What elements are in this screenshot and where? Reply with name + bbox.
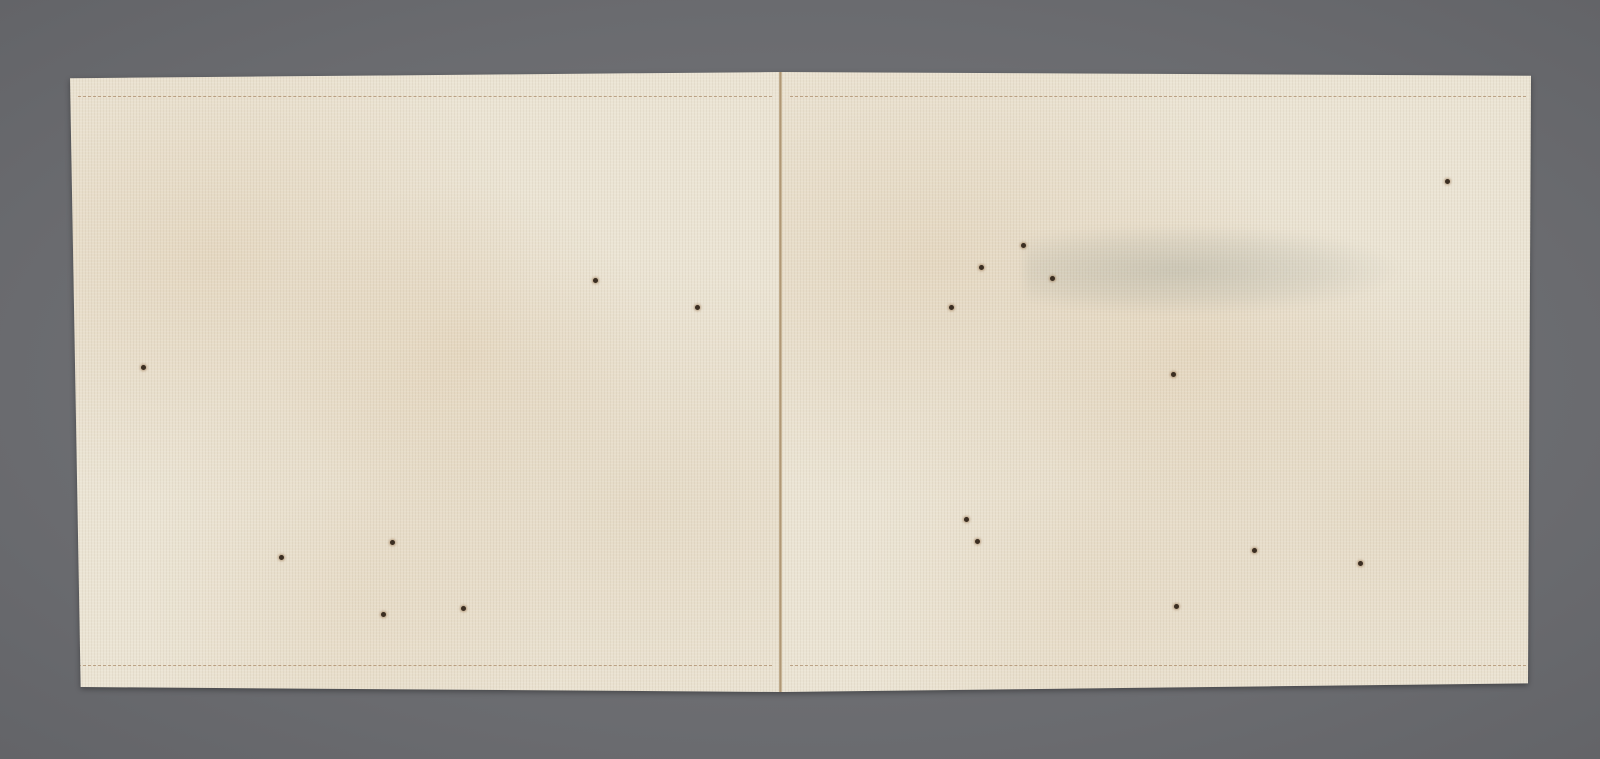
pinhole xyxy=(964,517,969,522)
linen-armband xyxy=(70,72,1534,692)
pinhole xyxy=(1171,372,1176,377)
armband-left-panel xyxy=(70,72,780,692)
pinhole xyxy=(979,265,984,270)
top-hem-stitching xyxy=(790,96,1526,97)
pinhole xyxy=(141,365,146,370)
pinhole xyxy=(1050,276,1055,281)
pinhole xyxy=(1445,179,1450,184)
pinhole xyxy=(975,539,980,544)
faded-ink-marking xyxy=(1025,225,1405,315)
photo-backdrop: Photograph of a plain aged linen armband… xyxy=(0,0,1600,759)
center-seam xyxy=(779,72,782,692)
pinhole xyxy=(949,305,954,310)
pinhole xyxy=(695,305,700,310)
bottom-hem-stitching xyxy=(790,665,1526,666)
pinhole xyxy=(461,606,466,611)
bottom-hem-stitching xyxy=(78,665,772,666)
pinhole xyxy=(593,278,598,283)
pinhole xyxy=(390,540,395,545)
pinhole xyxy=(1174,604,1179,609)
pinhole xyxy=(1252,548,1257,553)
pinhole xyxy=(1021,243,1026,248)
top-hem-stitching xyxy=(78,96,772,97)
pinhole xyxy=(381,612,386,617)
pinhole xyxy=(1358,561,1363,566)
pinhole xyxy=(279,555,284,560)
armband-right-panel xyxy=(782,72,1534,692)
